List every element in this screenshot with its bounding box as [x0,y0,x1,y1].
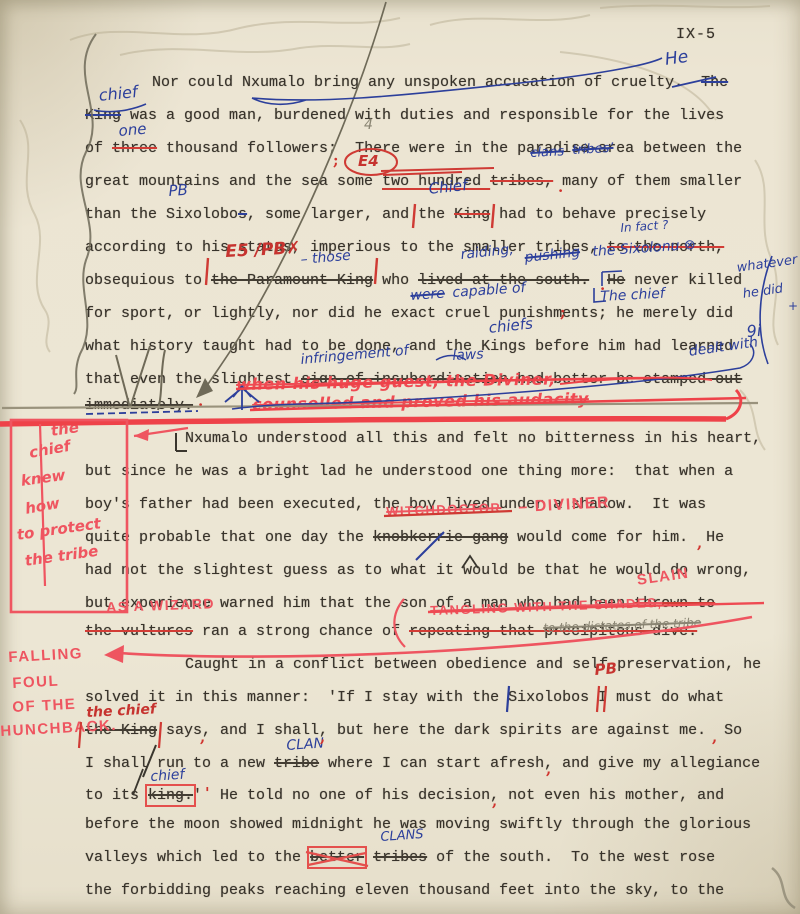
falling-2: FOUL [12,674,60,691]
typed-segment: of [85,140,112,157]
red-box-arrow-line [134,428,188,436]
falling-3: OF THE [12,697,77,715]
ref-e5-pb: E5 /PB✗ [225,240,301,261]
page-number: IX-5 [676,26,716,45]
typed-line-12: Nxumalo understood all this and felt no … [185,430,761,449]
he-insert: He [664,49,689,69]
were-struck: were [410,287,445,303]
raiding-insert: raiding, [460,242,514,261]
red-comma-shall: , [320,730,325,745]
in-fact-query: In fact ? [620,219,669,234]
typed-line-26: the forbidding peaks reaching eleven tho… [85,882,724,901]
typed-segment: tribes [373,849,427,866]
typed-segment: great mountains and the sea some [85,173,382,190]
typed-segment [364,849,373,866]
typed-segment: king. [148,787,193,804]
typed-line-21: the King says, and I shall, but here the… [85,722,742,741]
typed-segment: the vultures [85,623,193,640]
typed-line-15: quite probable that one day the knobkerr… [85,529,724,548]
typed-segment: Nxumalo understood all this and felt no … [185,430,761,447]
margin-plus: + [788,300,798,312]
typed-line-2: King was a good man, burdened with dutie… [85,107,724,126]
typed-line-13: but since he was a bright lad he underst… [85,463,733,482]
margin-box-3: knew [20,468,66,489]
typed-segment: stamped out [643,371,742,388]
chief-over-king-3: chief [150,768,185,784]
red-comma-decision: , [492,794,497,809]
red-comma-him: , [697,536,702,551]
red-period-tribes: . [558,180,563,195]
typed-line-19: Caught in a conflict between obedience a… [185,656,761,675]
margin-box-4: how [24,496,61,517]
typed-segment: , some larger, and [247,206,418,223]
typed-segment: the forbidding peaks reaching eleven tho… [85,882,724,899]
typed-segment: ' He told no one of his decision, not ev… [193,787,724,804]
typed-segment: immediately. [85,397,193,414]
typed-line-5: than the Sixolobos, some larger, and the… [85,206,706,225]
the-chief-insert: The chief [600,287,665,304]
typed-segment: He [607,272,625,289]
typed-segment: but since he was a bright lad he underst… [85,463,733,480]
witchdoctor-struck: WITCHDOCTOR [386,501,502,518]
typed-segment: King [85,107,121,124]
typed-segment: obsequious to [85,272,211,289]
typed-segment: many of them smaller [553,173,742,190]
capable-of: capable of [452,281,526,300]
typed-segment: to its [85,787,148,804]
chiefs-over-kings: chiefs [488,316,534,336]
typed-segment: who [373,272,418,289]
typed-segment: thousand followers; There were in the pa… [157,140,742,157]
typed-segment: had to behave precisely [490,206,706,223]
typed-segment: for sport, or lightly, nor did he exact … [85,305,733,322]
red-period-south: . [600,278,605,293]
typed-segment: than the Sixolobo [85,206,238,223]
red-comma-afresh: , [546,762,551,777]
typed-segment: says, and I shall, but here the dark spi… [157,722,742,739]
red-semicolon-followers: ; [333,153,339,168]
margin-he-did: he did [742,282,784,301]
red-period-immediately: . [198,394,203,409]
typed-segment: tribes, [490,173,553,190]
typed-line-9: what history taught had to be done, and … [85,338,733,357]
typed-segment: of the south. To the west rose [427,849,715,866]
typed-segment: ran a strong chance of [193,623,409,640]
pencil-4: 4 [364,118,373,132]
red-box-arrowhead [134,429,149,441]
as-a-wizard: AS A WIZARD [106,596,215,614]
typed-segment: where I can start afresh, and give my al… [319,755,760,772]
ref-pb-2: PB [594,661,618,678]
red-comma-says: , [200,730,205,745]
margin-whatever: whatever [736,254,798,275]
typed-segment: the Paramount King [211,272,373,289]
manuscript-page: IX-5 Nor could Nxumalo bring any unspoke… [0,0,800,914]
typed-segment: better [310,849,364,866]
laws: laws [452,347,484,363]
typed-segment: what history taught had to be done, and … [85,338,733,355]
typed-line-11: immediately. [85,397,193,416]
tribes-prime: tribes’ [572,142,614,157]
struck-note-2: counselled and proved his audacity [252,391,589,413]
typed-line-8: for sport, or lightly, nor did he exact … [85,305,733,324]
typed-line-22: I shall run to a new tribe where I can s… [85,755,760,774]
pushing-struck: pushing [524,245,581,265]
red-falling-arrowhead [104,645,124,663]
typed-segment: knobkerrie gang [373,529,508,546]
margin-box-1: the [50,420,80,439]
typed-segment: would come for him. He [508,529,724,546]
typed-line-1: Nor could Nxumalo bring any unspoken acc… [152,74,728,93]
red-semicolon-punishments: ; [560,305,566,320]
clan-over-tribe: CLAN [286,736,325,753]
typed-segment: Nor could Nxumalo bring any unspoken acc… [152,74,701,91]
typed-line-20: solved it in this manner: 'If I stay wit… [85,689,724,708]
typed-segment: three [112,140,157,157]
clans-over-tribes-2: CLANS [380,828,424,844]
red-divider-hook [726,390,741,419]
pb-over-sixolobo: PB [168,183,188,199]
chief-over-king-1: chief [98,84,138,104]
corner-scribble [772,868,795,908]
pencil-diagonal-line [204,2,386,390]
red-divider-line [0,419,726,424]
one-over-three: one [118,122,147,139]
red-apostrophe-king: ' [205,786,210,801]
typed-segment: solved it in this manner: 'If I stay wit… [85,689,724,706]
chief-over-king-2: Chief [428,178,468,197]
typed-segment: quite probable that one day the [85,529,373,546]
typed-segment: The [701,74,728,91]
falling-1: FALLING [8,646,83,665]
ref-e4: E4 [358,154,379,169]
typed-line-25: valleys which led to the better tribes o… [85,849,715,868]
clans-over-tribes: clans [530,145,564,160]
typed-line-3: of three thousand followers; There were … [85,140,742,159]
typed-segment: valleys which led to the [85,849,310,866]
typed-segment: s [238,206,247,223]
red-comma-me: , [712,730,717,745]
typed-segment: was a good man, burdened with duties and… [121,107,724,124]
those-insert: – those [300,249,351,267]
typed-segment: tribe [274,755,319,772]
typed-segment: the [418,206,454,223]
typed-line-23: to its king.' He told no one of his deci… [85,787,724,806]
typed-segment: King [454,206,490,223]
typed-segment: Caught in a conflict between obedience a… [185,656,761,673]
margin-box-2: chief [28,439,71,461]
